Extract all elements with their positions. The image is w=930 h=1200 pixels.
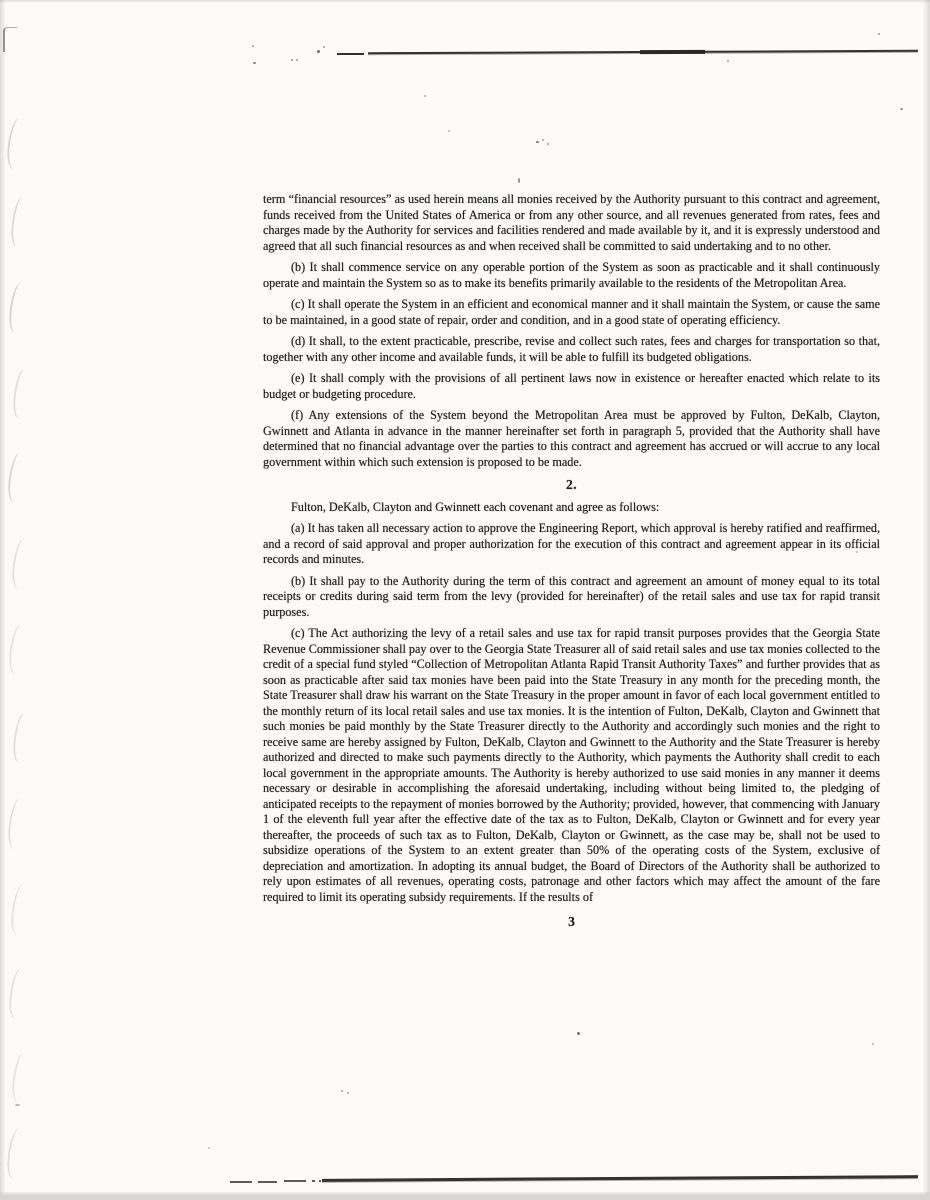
top-scanline-dash [337,53,364,55]
bottom-scanline [322,1175,918,1181]
ink-speck [547,143,549,145]
ink-speck [542,139,544,141]
covenant-1b-paragraph: (b) It shall commence service on any ope… [263,260,880,291]
covenants-intro: Fulton, DeKalb, Clayton and Gwinnett eac… [263,500,880,516]
ink-speck [317,50,320,53]
ink-speck [347,1092,349,1094]
ink-speck [15,1104,20,1106]
covenant-1f-paragraph: (f) Any extensions of the System beyond … [263,408,880,470]
top-scanline-dark-segment [640,50,705,54]
ink-speck [323,46,325,48]
margin-scan-arc [11,711,34,765]
ink-speck [341,1090,343,1092]
bottom-scanline-dash [284,1180,306,1182]
ink-speck [296,59,298,61]
ink-speck [536,141,539,143]
ink-speck [727,60,729,62]
page-left-edge [0,0,5,1200]
margin-scan-arc [9,883,32,937]
covenant-2a-paragraph: (a) It has taken all necessary action to… [263,521,880,568]
bottom-scanline-dash [230,1181,252,1183]
margin-scan-arc [6,451,29,505]
ink-speck [424,95,426,97]
margin-scan-arc [6,797,29,851]
ink-speck [878,33,880,35]
ink-speck [252,45,254,47]
bottom-scanline-dash [319,1180,321,1182]
margin-scan-arc [5,1127,28,1181]
covenant-1c-paragraph: (c) It shall operate the System in an ef… [263,297,880,328]
margin-scan-arc [10,537,33,591]
covenant-1e-paragraph: (e) It shall comply with the provisions … [263,371,880,402]
document-text-block: term “financial resources” as used herei… [263,192,880,930]
margin-scan-arc [11,367,34,421]
corner-scan-mark [3,27,17,52]
continuation-paragraph: term “financial resources” as used herei… [263,192,880,254]
page-top-edge [0,0,930,3]
covenant-2c-paragraph: (c) The Act authorizing the levy of a re… [263,626,880,905]
ink-speck [291,59,293,61]
margin-scan-arc [7,967,30,1021]
page-right-edge [923,0,930,1200]
section-number: 2. [263,477,880,493]
ink-speck [253,62,256,64]
covenant-2b-paragraph: (b) It shall pay to the Authority during… [263,574,880,621]
bottom-scanline-dash [312,1180,315,1182]
ink-speck [448,130,450,132]
ink-speck [577,1032,580,1035]
top-scanline [368,50,918,54]
margin-scan-arc [5,117,28,171]
bottom-scanline-dash [258,1181,277,1183]
ink-speck [208,1147,210,1149]
page-bottom-edge [0,1192,930,1200]
ink-speck [900,108,903,110]
margin-scan-arc [7,281,30,335]
margin-scan-arc [7,623,30,677]
margin-scan-arc [10,1051,33,1105]
ink-speck [872,1043,874,1045]
ink-speck [518,178,520,183]
page-number: 3 [263,914,880,930]
margin-scan-arc [9,195,32,249]
covenant-1d-paragraph: (d) It shall, to the extent practicable,… [263,334,880,365]
